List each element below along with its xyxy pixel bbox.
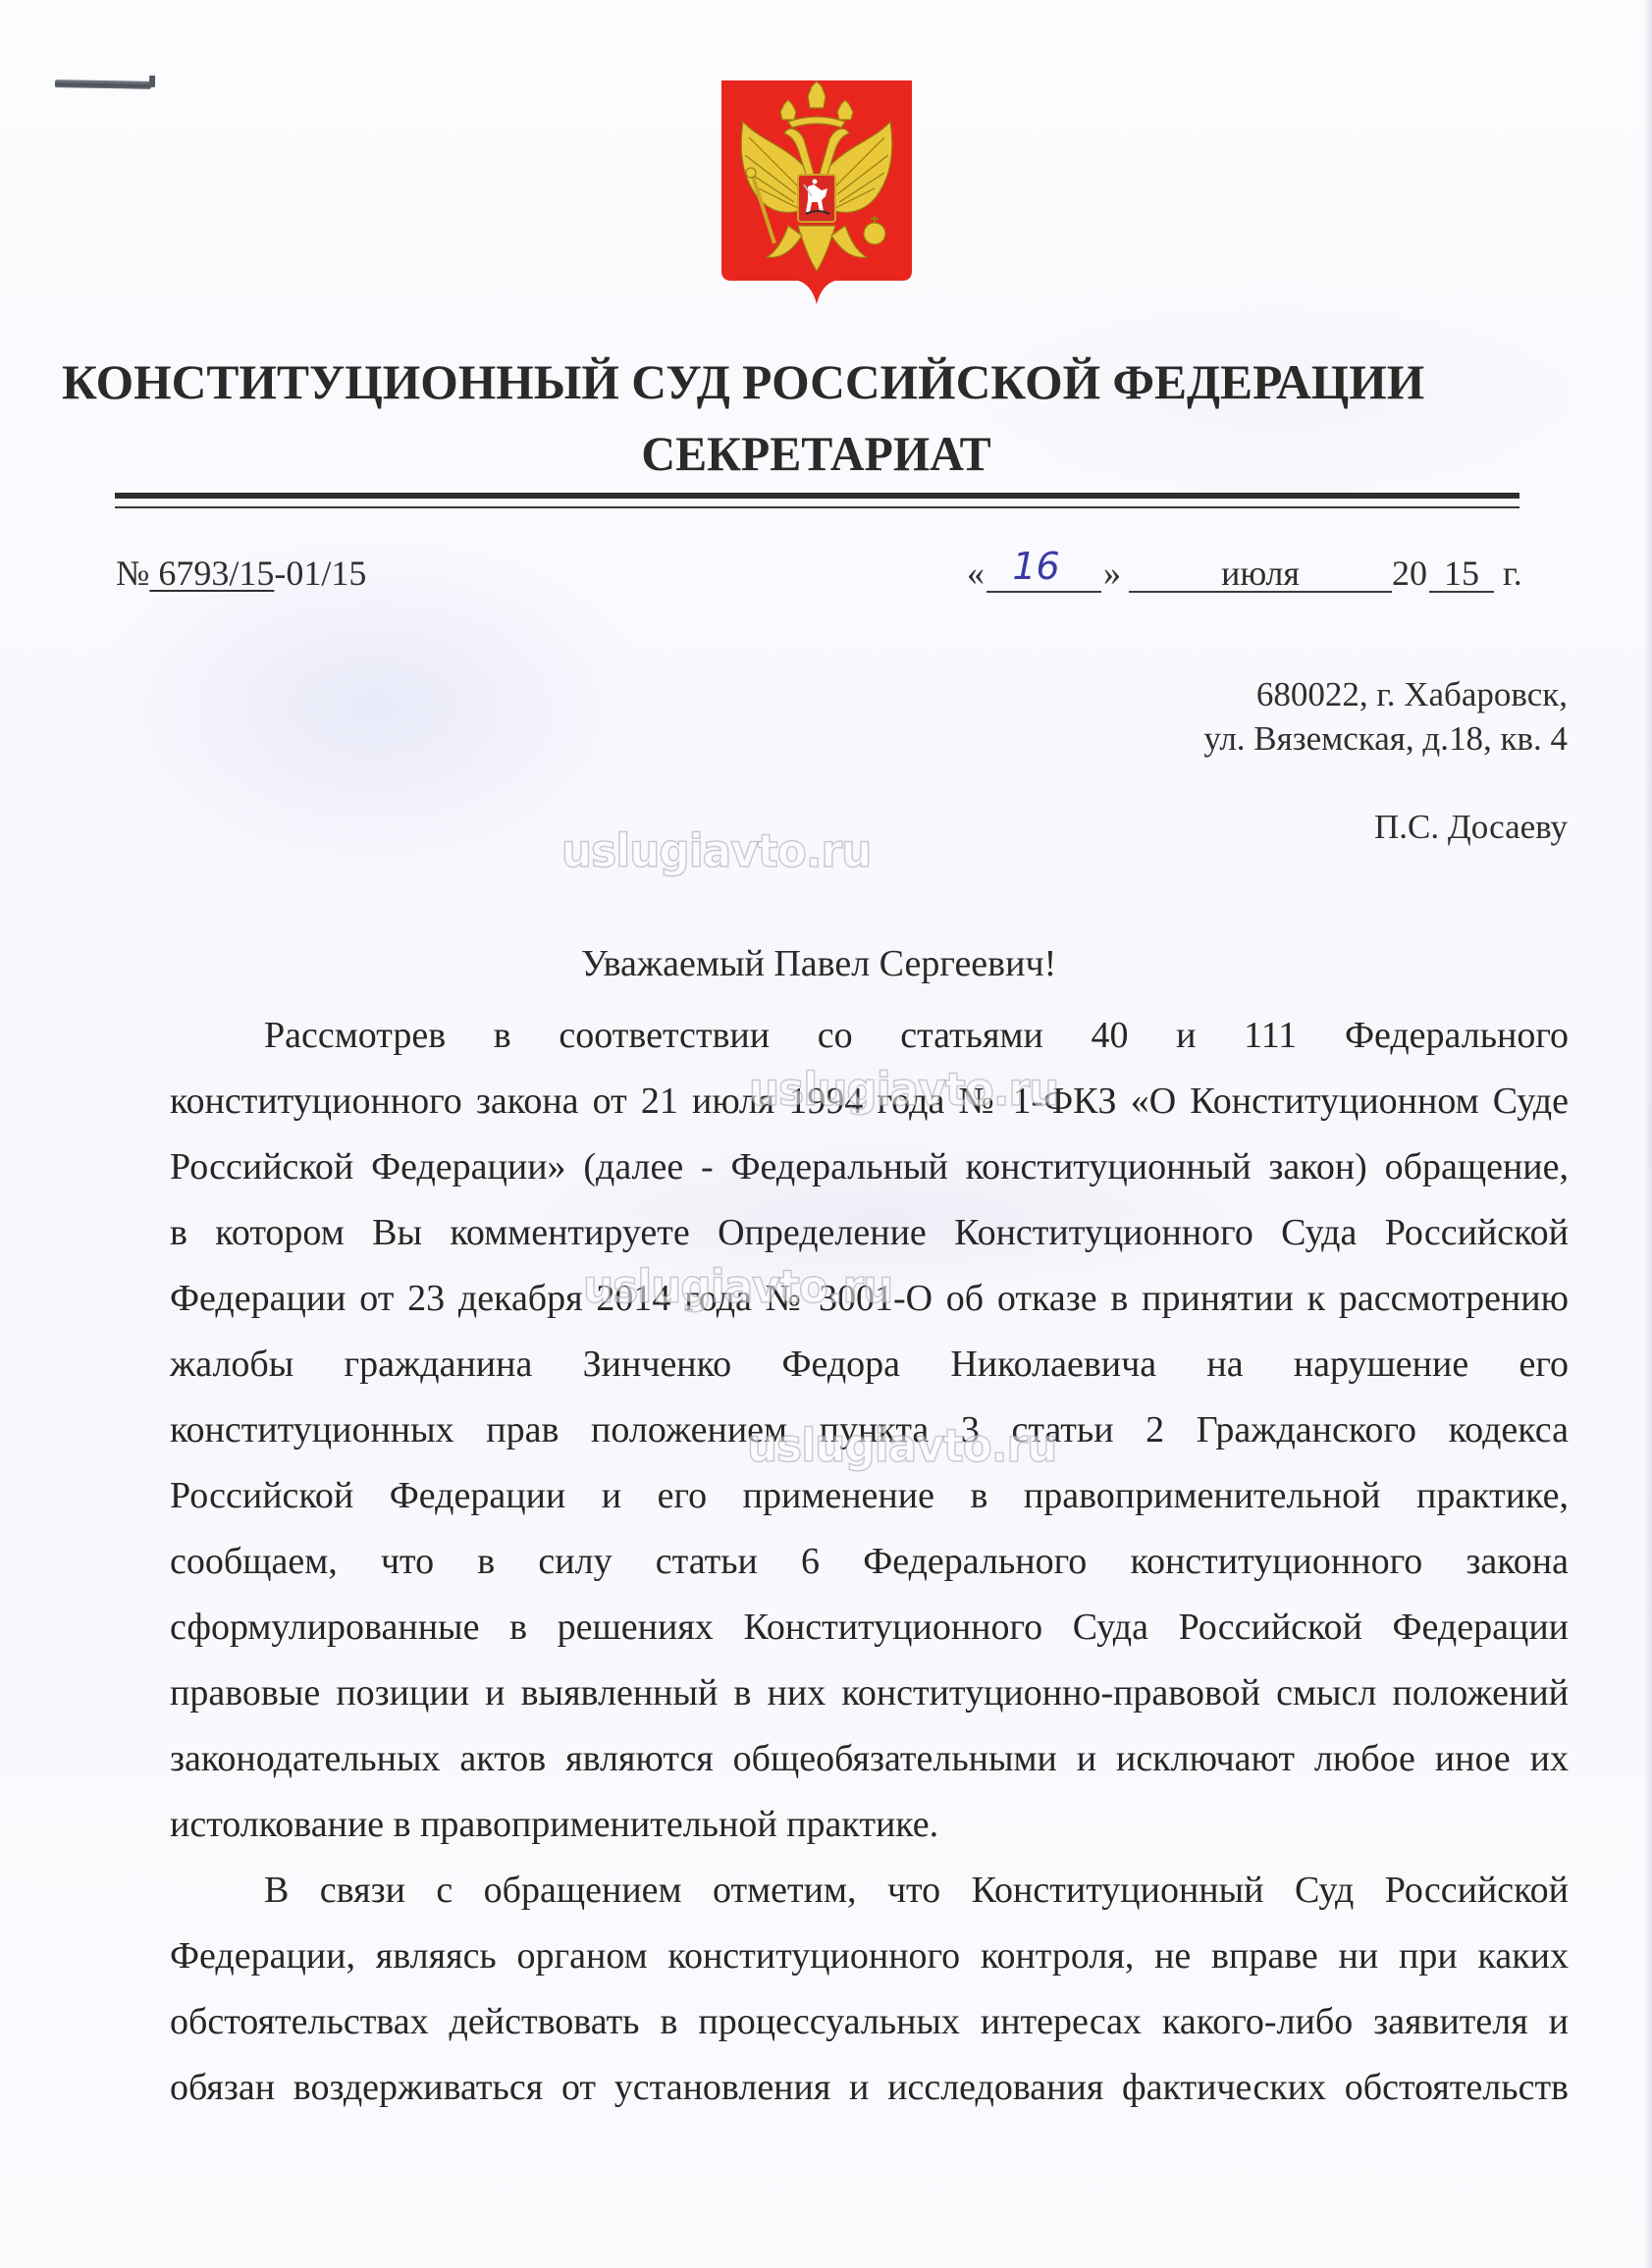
body-line: конституционных прав положением пункта 3… — [170, 1405, 1569, 1471]
date-open-quote: « — [967, 554, 985, 593]
recipient-name: П.С. Досаеву — [1374, 808, 1568, 847]
paragraph-2: В связи с обращением отметим, что Консти… — [170, 1866, 1569, 2129]
body-line: законодательных актов являются общеобяза… — [170, 1734, 1569, 1800]
date-year: 15 — [1444, 554, 1479, 593]
coat-of-arms-icon — [719, 79, 914, 306]
header-rule-thick — [115, 493, 1519, 499]
department-title: СЕКРЕТАРИАТ — [0, 425, 1652, 482]
date-day-handwritten: 16 — [1012, 545, 1059, 588]
body-line: Российской Федерации» (далее - Федеральн… — [170, 1142, 1569, 1208]
body-line: Федерации, являясь органом конституционн… — [170, 1931, 1569, 1997]
body-line: В связи с обращением отметим, что Консти… — [170, 1866, 1569, 1931]
reference-number: № 6793/15-01/15 — [116, 553, 366, 594]
body-line: сообщаем, что в силу статьи 6 Федерально… — [170, 1537, 1569, 1603]
date-suffix: г. — [1503, 554, 1522, 593]
date-close-quote: » — [1103, 554, 1121, 593]
date-month-field: июля — [1129, 555, 1392, 593]
body-line: в котором Вы комментируете Определение К… — [170, 1208, 1569, 1274]
address-line-2: ул. Вяземская, д.18, кв. 4 — [1203, 716, 1568, 761]
staple-mark — [55, 79, 151, 89]
letter-date: «16»июля2015 г. — [967, 553, 1522, 596]
body-line: обязан воздерживаться от установления и … — [170, 2063, 1569, 2129]
salutation: Уважаемый Павел Сергеевич! — [581, 942, 1056, 985]
date-year-field: 15 — [1429, 555, 1494, 593]
organization-title-text: КОНСТИТУЦИОННЫЙ СУД РОССИЙСКОЙ ФЕДЕРАЦИИ — [62, 353, 1424, 410]
header-rule-thin — [115, 506, 1519, 508]
watermark: uslugiavto.ru — [561, 824, 871, 877]
paragraph-1: Рассмотрев в соответствии со статьями 40… — [170, 1011, 1569, 1866]
recipient-address: 680022, г. Хабаровск, ул. Вяземская, д.1… — [1203, 672, 1568, 761]
body-line: жалобы гражданина Зинченко Федора Никола… — [170, 1340, 1569, 1405]
body-line: обстоятельствах действовать в процессуал… — [170, 1997, 1569, 2063]
body-line: конституционного закона от 21 июля 1994 … — [170, 1077, 1569, 1142]
body-line: правовые позиции и выявленный в них конс… — [170, 1668, 1569, 1734]
reference-number-suffix: -01/15 — [274, 554, 366, 593]
body-line: Российской Федерации и его применение в … — [170, 1471, 1569, 1537]
reference-prefix: № — [116, 554, 149, 593]
date-month: июля — [1221, 554, 1300, 593]
date-day-field: 16 — [986, 554, 1101, 593]
body-line: сформулированные в решениях Конституцион… — [170, 1603, 1569, 1668]
body-line: истолкование в правоприменительной практ… — [170, 1800, 1569, 1866]
date-century: 20 — [1392, 554, 1427, 593]
paper-edge — [1644, 0, 1652, 2268]
body-line: Федерации от 23 декабря 2014 года № 3001… — [170, 1274, 1569, 1340]
reference-number-main: 6793/15 — [149, 554, 274, 593]
organization-title: КОНСТИТУЦИОННЫЙ СУД РОССИЙСКОЙ ФЕДЕРАЦИИ — [0, 353, 1652, 410]
letter-body: Рассмотрев в соответствии со статьями 40… — [170, 1011, 1569, 2129]
address-line-1: 680022, г. Хабаровск, — [1203, 672, 1568, 716]
department-title-text: СЕКРЕТАРИАТ — [641, 425, 990, 482]
body-line: Рассмотрев в соответствии со статьями 40… — [170, 1011, 1569, 1077]
